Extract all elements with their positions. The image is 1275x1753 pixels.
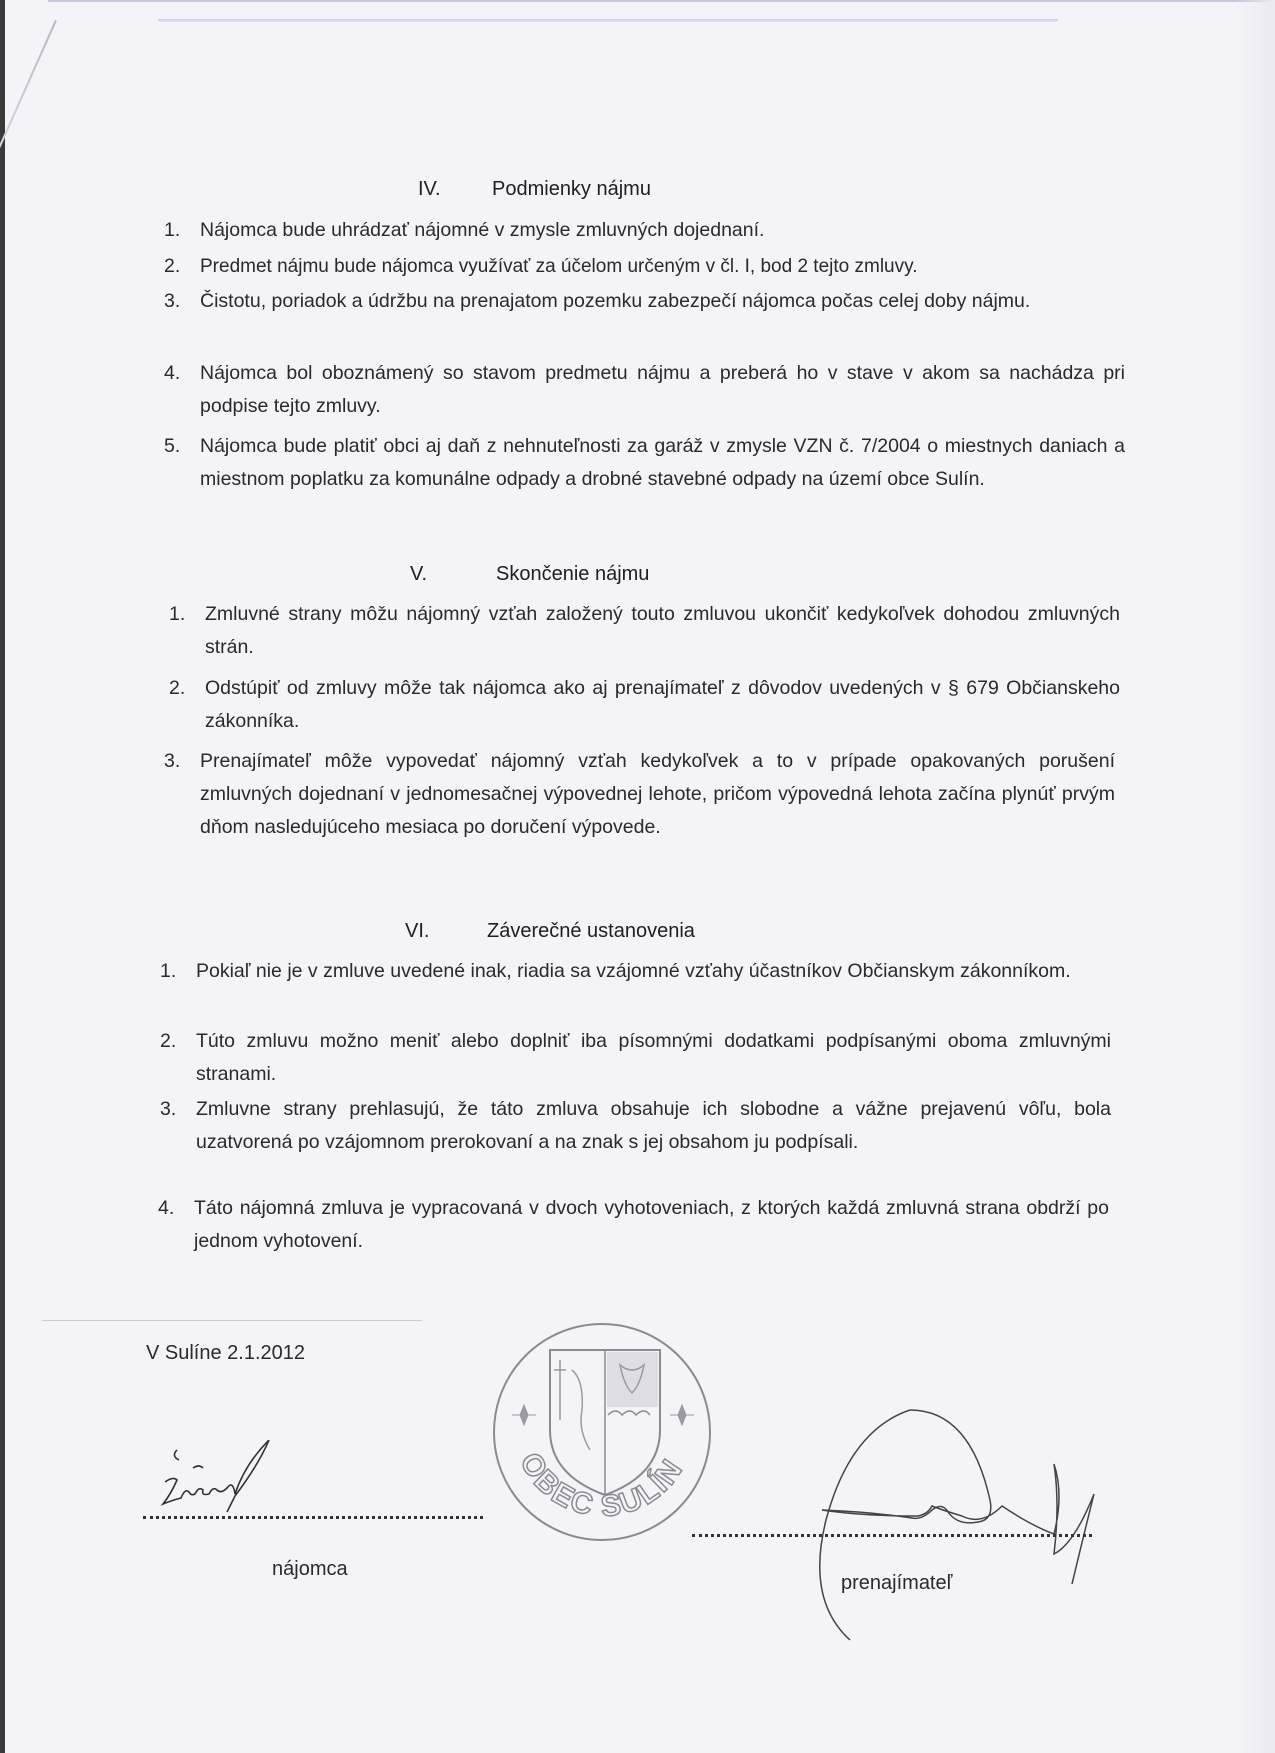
clause-text: Zmluvne strany prehlasujú, že táto zmluv…: [196, 1093, 1111, 1159]
clause: 3. Čistotu, poriadok a údržbu na prenaja…: [200, 285, 1125, 318]
section-title: Záverečné ustanovenia: [487, 920, 695, 942]
clause-text: Nájomca bol oboznámený so stavom predmet…: [200, 357, 1125, 423]
clause-number: 2.: [160, 1025, 176, 1058]
clause-number: 3.: [164, 285, 180, 318]
clause-number: 1.: [164, 214, 180, 247]
clause: 3. Prenajímateľ môže vypovedať nájomný v…: [200, 745, 1115, 844]
scan-shadow: [1235, 0, 1275, 1753]
clause: 2. Predmet nájmu bude nájomca využívať z…: [200, 250, 1125, 283]
landlord-label: prenajímateľ: [841, 1572, 952, 1595]
clause-text: Pokiaľ nie je v zmluve uvedené inak, ria…: [196, 955, 1111, 988]
section-heading-vi: VI.Záverečné ustanovenia: [405, 920, 695, 943]
clause: 2. Odstúpiť od zmluvy môže tak nájomca a…: [205, 672, 1120, 738]
landlord-signature-line: [692, 1530, 1092, 1537]
stamp-text: OBEC SULÍN: [513, 1447, 690, 1523]
clause-text: Odstúpiť od zmluvy môže tak nájomca ako …: [205, 672, 1120, 738]
separator-line: [42, 1320, 422, 1321]
clause-text: Predmet nájmu bude nájomca využívať za ú…: [200, 250, 1125, 283]
paper-fold-diagonal: [0, 20, 57, 190]
section-heading-v: V.Skončenie nájmu: [410, 563, 649, 586]
section-number: IV.: [418, 178, 480, 201]
section-title: Podmienky nájmu: [492, 178, 651, 200]
clause: 4. Táto nájomná zmluva je vypracovaná v …: [194, 1192, 1109, 1258]
clause-text: Čistotu, poriadok a údržbu na prenajatom…: [200, 285, 1125, 318]
scan-edge: [0, 0, 5, 1753]
place-and-date: V Sulíne 2.1.2012: [146, 1342, 305, 1365]
section-title: Skončenie nájmu: [496, 563, 649, 585]
clause-text: Túto zmluvu možno meniť alebo doplniť ib…: [196, 1025, 1111, 1091]
clause-number: 3.: [160, 1093, 176, 1126]
clause-number: 2.: [169, 672, 185, 705]
clause-number: 2.: [164, 250, 180, 283]
clause-number: 1.: [160, 955, 176, 988]
svg-text:OBEC SULÍN: OBEC SULÍN: [513, 1447, 690, 1523]
clause: 1. Nájomca bude uhrádzať nájomné v zmysl…: [200, 214, 1125, 247]
landlord-signature: [790, 1390, 1120, 1650]
section-number: V.: [410, 563, 472, 586]
clause-number: 1.: [169, 598, 185, 631]
clause-text: Zmluvné strany môžu nájomný vzťah založe…: [205, 598, 1120, 664]
clause: 2. Túto zmluvu možno meniť alebo doplniť…: [196, 1025, 1111, 1091]
clause-text: Táto nájomná zmluva je vypracovaná v dvo…: [194, 1192, 1109, 1258]
paper-fold-edge: [158, 19, 1058, 22]
clause: 3. Zmluvne strany prehlasujú, že táto zm…: [196, 1093, 1111, 1159]
clause-text: Nájomca bude platiť obci aj daň z nehnut…: [200, 430, 1125, 496]
section-heading-iv: IV.Podmienky nájmu: [418, 178, 651, 201]
clause-text: Prenajímateľ môže vypovedať nájomný vzťa…: [200, 745, 1115, 844]
tenant-signature: [155, 1440, 305, 1520]
tenant-label: nájomca: [272, 1558, 348, 1581]
clause: 1. Pokiaľ nie je v zmluve uvedené inak, …: [196, 955, 1111, 988]
clause: 1. Zmluvné strany môžu nájomný vzťah zal…: [205, 598, 1120, 664]
scan-top-border: [48, 0, 1275, 2]
clause-number: 3.: [164, 745, 180, 778]
municipal-stamp: OBEC SULÍN: [490, 1320, 715, 1545]
clause-number: 4.: [164, 357, 180, 390]
clause: 4. Nájomca bol oboznámený so stavom pred…: [200, 357, 1125, 423]
clause: 5. Nájomca bude platiť obci aj daň z neh…: [200, 430, 1125, 496]
tenant-signature-line: [143, 1512, 483, 1519]
section-number: VI.: [405, 920, 467, 943]
clause-number: 4.: [158, 1192, 174, 1225]
clause-number: 5.: [164, 430, 180, 463]
clause-text: Nájomca bude uhrádzať nájomné v zmysle z…: [200, 214, 1125, 247]
